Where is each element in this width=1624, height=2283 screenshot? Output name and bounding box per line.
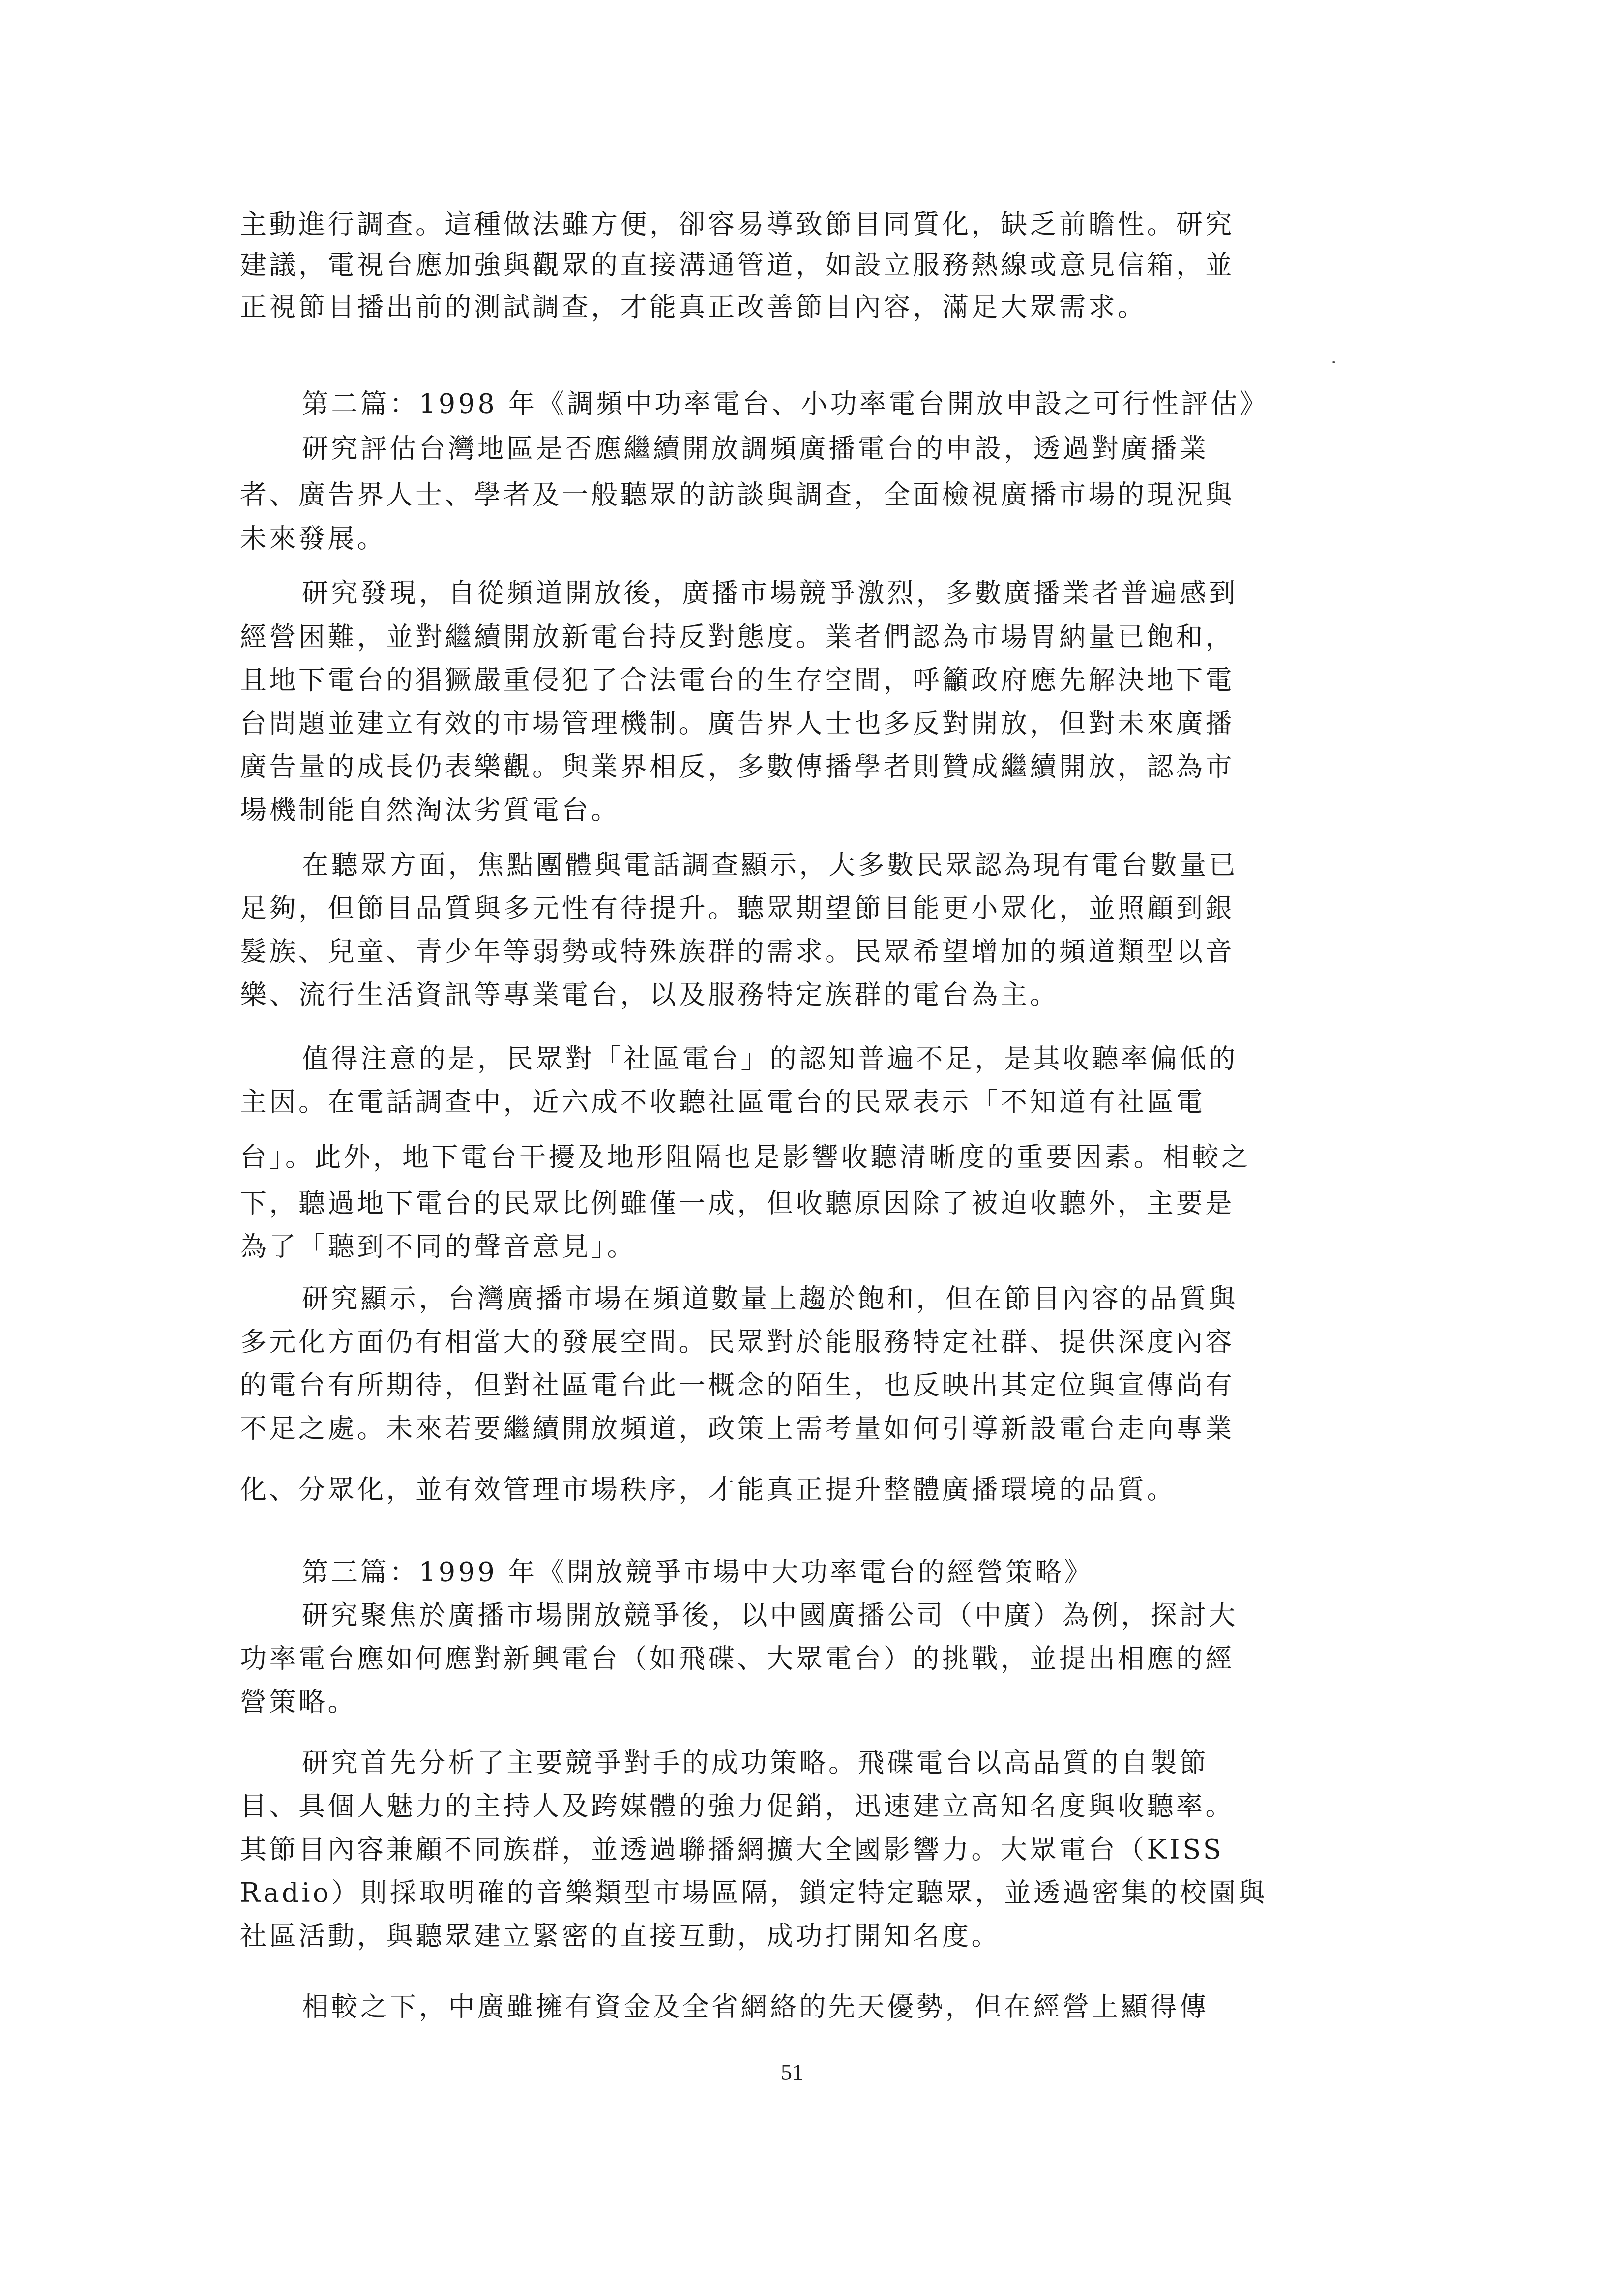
body-line: 功率電台應如何應對新興電台（如飛碟、大眾電台）的挑戰，並提出相應的經 [240,1643,1317,1675]
body-line: 主因。在電話調查中，近六成不收聽社區電台的民眾表示「不知道有社區電 [240,1087,1317,1118]
body-line: 研究聚焦於廣播市場開放競爭後，以中國廣播公司（中廣）為例，探討大 [302,1600,1317,1631]
body-line: 者、廣告界人士、學者及一般聽眾的訪談與調查，全面檢視廣播市場的現況與 [240,479,1317,511]
document-page: 主動進行調查。這種做法雖方便，卻容易導致節目同質化，缺乏前瞻性。研究 建議，電視… [0,0,1624,2283]
body-line: 經營困難，並對繼續開放新電台持反對態度。業者們認為市場胃納量已飽和， [240,622,1317,653]
body-line: 正視節目播出前的測試調查，才能真正改善節目內容，滿足大眾需求。 [240,292,1317,323]
page-number: 51 [781,2060,803,2085]
body-line: 值得注意的是，民眾對「社區電台」的認知普遍不足，是其收聽率偏低的 [302,1043,1317,1075]
body-line: 社區活動，與聽眾建立緊密的直接互動，成功打開知名度。 [240,1921,1317,1952]
body-line: 台」。此外，地下電台干擾及地形阻隔也是影響收聽清晰度的重要因素。相較之 [240,1142,1317,1173]
body-line: 其節目內容兼顧不同族群，並透過聯播網擴大全國影響力。大眾電台（KISS [240,1834,1317,1866]
body-line: 下，聽過地下電台的民眾比例雖僅一成，但收聽原因除了被迫收聽外，主要是 [240,1188,1317,1219]
body-line: 目、具個人魅力的主持人及跨媒體的強力促銷，迅速建立高知名度與收聽率。 [240,1791,1317,1822]
body-line: Radio）則採取明確的音樂類型市場區隔，鎖定特定聽眾，並透過密集的校園與 [240,1877,1317,1909]
body-line: 營策略。 [240,1687,1317,1718]
body-line: 研究發現，自從頻道開放後，廣播市場競爭激烈，多數廣播業者普遍感到 [302,578,1317,609]
scan-speck [1332,361,1335,363]
body-line: 足夠，但節目品質與多元性有待提升。聽眾期望節目能更小眾化，並照顧到銀 [240,893,1317,924]
body-line: 場機制能自然淘汰劣質電台。 [240,795,1317,826]
body-line: 樂、流行生活資訊等專業電台，以及服務特定族群的電台為主。 [240,979,1317,1011]
body-line: 未來發展。 [240,523,1317,555]
section-heading-2: 第二篇：1998 年《調頻中功率電台、小功率電台開放申設之可行性評估》 [302,388,1379,420]
body-line: 主動進行調查。這種做法雖方便，卻容易導致節目同質化，缺乏前瞻性。研究 [240,209,1317,240]
body-line: 台問題並建立有效的市場管理機制。廣告界人士也多反對開放，但對未來廣播 [240,708,1317,740]
body-line: 多元化方面仍有相當大的發展空間。民眾對於能服務特定社群、提供深度內容 [240,1327,1317,1358]
body-line: 在聽眾方面，焦點團體與電話調查顯示，大多數民眾認為現有電台數量已 [302,850,1317,881]
body-line: 廣告量的成長仍表樂觀。與業界相反，多數傳播學者則贊成繼續開放，認為市 [240,751,1317,783]
body-line: 建議，電視台應加強與觀眾的直接溝通管道，如設立服務熱線或意見信箱，並 [240,250,1317,281]
body-line: 的電台有所期待，但對社區電台此一概念的陌生，也反映出其定位與宣傳尚有 [240,1370,1317,1401]
body-line: 相較之下，中廣雖擁有資金及全省網絡的先天優勢，但在經營上顯得傳 [302,1991,1317,2023]
body-line: 研究顯示，台灣廣播市場在頻道數量上趨於飽和，但在節目內容的品質與 [302,1283,1317,1315]
body-line: 髮族、兒童、青少年等弱勢或特殊族群的需求。民眾希望增加的頻道類型以音 [240,936,1317,968]
section-heading-3: 第三篇：1999 年《開放競爭市場中大功率電台的經營策略》 [302,1557,1379,1588]
body-line: 研究評估台灣地區是否應繼續開放調頻廣播電台的申設，透過對廣播業 [302,433,1317,465]
body-line: 不足之處。未來若要繼續開放頻道，政策上需考量如何引導新設電台走向專業 [240,1413,1317,1445]
body-line: 為了「聽到不同的聲音意見」。 [240,1231,1317,1263]
body-line: 且地下電台的猖獗嚴重侵犯了合法電台的生存空間，呼籲政府應先解決地下電 [240,665,1317,696]
body-line: 化、分眾化，並有效管理市場秩序，才能真正提升整體廣播環境的品質。 [240,1474,1317,1506]
body-line: 研究首先分析了主要競爭對手的成功策略。飛碟電台以高品質的自製節 [302,1748,1317,1779]
